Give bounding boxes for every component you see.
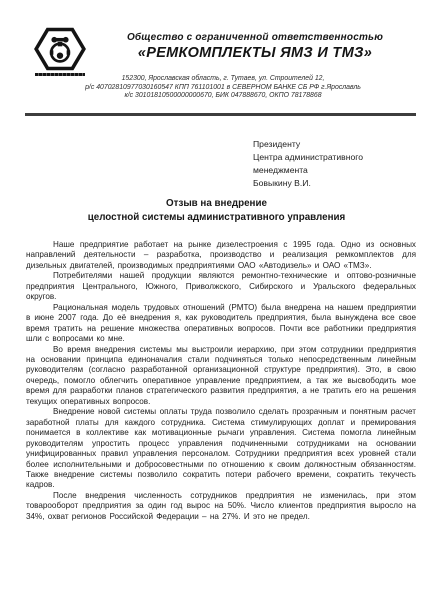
recipient-line: Президенту: [253, 138, 363, 151]
paragraph: Наше предприятие работает на рынке дизел…: [26, 240, 416, 271]
letterhead-divider: [25, 113, 416, 116]
paragraph: Рациональная модель трудовых отношений (…: [26, 303, 416, 345]
recipient-line: Центра административного: [253, 151, 363, 164]
hexagon-gear-logo-icon: [33, 26, 87, 72]
recipient-line: менеджмента: [253, 164, 363, 177]
bank-codes-line: к/с 30101810500000000670, БИК 047888670,…: [28, 92, 418, 101]
company-name: «РЕМКОМПЛЕКТЫ ЯМЗ И ТМЗ»: [92, 45, 418, 61]
letter-page: Общество с ограниченной ответственностью…: [0, 0, 433, 600]
paragraph: Во время внедрения системы мы выстроили …: [26, 345, 416, 408]
paragraph: Внедрение новой системы оплаты труда поз…: [26, 407, 416, 491]
company-requisites: 152300, Ярославская область, г. Тутаев, …: [28, 75, 418, 101]
bank-account-line: р/с 40702810977030160547 КПП 761101001 в…: [28, 84, 418, 93]
title-line: Отзыв на внедрение: [0, 197, 433, 211]
paragraph: После внедрения численность сотрудников …: [26, 491, 416, 522]
recipient-line: Бовыкину В.И.: [253, 177, 363, 190]
company-logo: [33, 26, 87, 76]
recipient-block: Президенту Центра административного мене…: [253, 138, 363, 190]
letter-body: Наше предприятие работает на рынке дизел…: [26, 240, 416, 522]
address-line: 152300, Ярославская область, г. Тутаев, …: [28, 75, 418, 84]
document-title: Отзыв на внедрение целостной системы адм…: [0, 197, 433, 225]
organization-type: Общество с ограниченной ответственностью: [92, 32, 418, 43]
title-line: целостной системы административного упра…: [0, 211, 433, 225]
paragraph: Потребителями нашей продукции являются р…: [26, 271, 416, 302]
